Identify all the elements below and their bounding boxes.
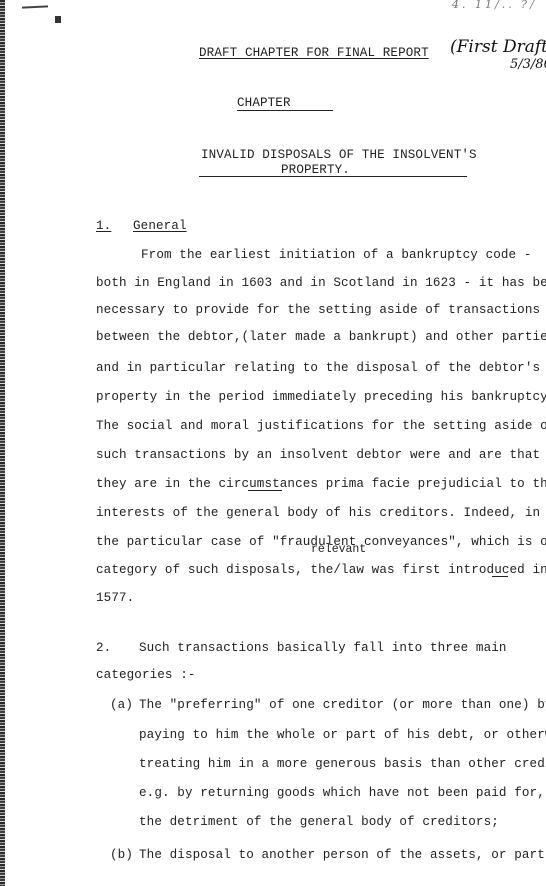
section1-line: the particular case of "fraudulent conve… — [96, 535, 546, 549]
punch-mark — [55, 16, 61, 23]
chapter-title-line1: INVALID DISPOSALS OF THE INSOLVENT'S — [201, 148, 477, 162]
section2-number: 2. — [96, 641, 111, 655]
draft-title: DRAFT CHAPTER FOR FINAL REPORT — [199, 46, 429, 60]
section1-line: The social and moral justifications for … — [96, 419, 546, 433]
handwritten-annotation: (First Draft 5/3/80 — [450, 38, 546, 74]
handwritten-date: 5/3/80 — [510, 56, 546, 74]
handwritten-scribble: 4. 11/.. ?/ — [452, 0, 537, 11]
chapter-title-underline — [199, 176, 467, 177]
section1-line: such transactions by an insolvent debtor… — [96, 448, 540, 462]
word-underline — [248, 490, 282, 491]
section1-line: they are in the circumstances prima faci… — [96, 477, 546, 491]
section1-line: 1577. — [96, 591, 134, 605]
section1-number: 1. — [96, 219, 111, 233]
item-a-line: e.g. by returning goods which have not b… — [139, 786, 546, 800]
section1-line: between the debtor,(later made a bankrup… — [96, 330, 546, 344]
handwritten-note: (First Draft — [450, 37, 546, 57]
item-a-line: The "preferring" of one creditor (or mor… — [139, 698, 546, 712]
item-a-line: treating him in a more generous basis th… — [139, 757, 546, 771]
item-a-line: paying to him the whole or part of his d… — [139, 728, 546, 742]
word-underline — [492, 576, 508, 577]
pen-mark — [22, 5, 48, 8]
section1-line: category of such disposals, the/law was … — [96, 563, 546, 577]
section1-heading: General — [133, 219, 187, 233]
section2-line: Such transactions basically fall into th… — [139, 641, 507, 655]
item-a-label: (a) — [110, 698, 133, 712]
section2-line: categories :- — [96, 668, 196, 682]
section1-line: From the earliest initiation of a bankru… — [141, 248, 532, 262]
section1-line: necessary to provide for the setting asi… — [96, 303, 540, 317]
section1-line: property in the period immediately prece… — [96, 390, 546, 404]
scan-binding-edge — [0, 0, 5, 886]
item-b-label: (b) — [110, 848, 133, 862]
chapter-label: CHAPTER — [237, 96, 291, 110]
scanned-document-page: 4. 11/.. ?/ (First Draft 5/3/80 DRAFT CH… — [0, 0, 546, 886]
item-a-line: the detriment of the general body of cre… — [139, 815, 499, 829]
item-b-line: The disposal to another person of the as… — [139, 848, 545, 862]
section1-line: and in particular relating to the dispos… — [96, 361, 540, 375]
chapter-underline — [237, 110, 333, 111]
section1-line: both in England in 1603 and in Scotland … — [96, 276, 546, 290]
section1-line: interests of the general body of his cre… — [96, 506, 540, 520]
chapter-title-line2: PROPERTY. — [281, 163, 350, 177]
